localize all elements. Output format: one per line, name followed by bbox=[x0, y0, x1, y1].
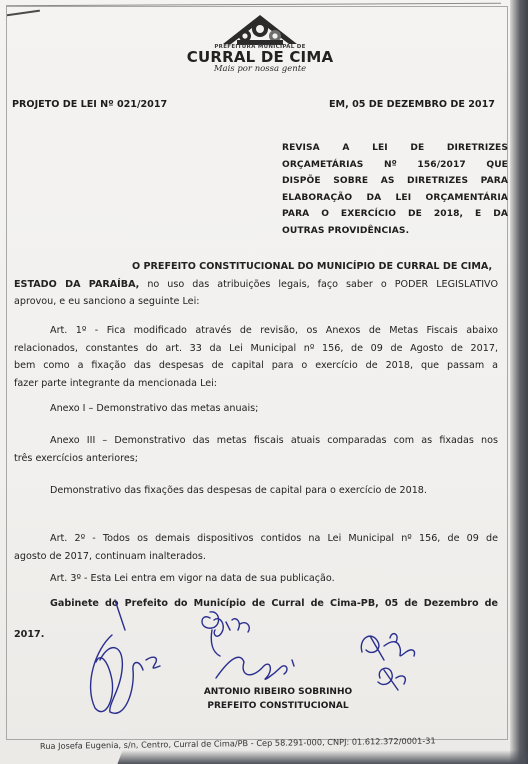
letterhead-logo: PREFEITURA MUNICIPAL DE CURRAL DE CIMA M… bbox=[180, 12, 340, 76]
ementa-line: PARA O EXERCÍCIO DE 2018, E DA bbox=[282, 206, 508, 223]
preamble-text: aprovou, e eu sanciono a seguinte Lei: bbox=[14, 293, 498, 311]
ementa-summary: REVISA A LEI DE DIRETRIZES ORÇAMETÁRIAS … bbox=[282, 140, 508, 240]
article-1-line: bem como a fixação das despesas de capit… bbox=[14, 357, 498, 375]
article-3: Art. 3º - Esta Lei entra em vigor na dat… bbox=[14, 570, 498, 588]
article-2-line: agosto de 2017, continuam inalterados. bbox=[14, 548, 498, 566]
signer-title: PREFEITO CONSTITUCIONAL bbox=[183, 699, 373, 713]
annex-1-text: Anexo I – Demonstrativo das metas anuais… bbox=[14, 400, 498, 418]
article-1-line: relacionados, constantes do art. 33 da L… bbox=[14, 340, 498, 358]
annex-3-line: Anexo III – Demonstrativo das metas fisc… bbox=[14, 432, 498, 450]
table-surface-shadow bbox=[117, 750, 528, 764]
preamble-heading: O PREFEITO CONSTITUCIONAL DO MUNICÍPIO D… bbox=[132, 261, 492, 272]
preamble: O PREFEITO CONSTITUCIONAL DO MUNICÍPIO D… bbox=[14, 258, 498, 311]
article-1-line: fazer parte integrante da mencionada Lei… bbox=[14, 375, 498, 393]
article-2-line: Art. 2º - Todos os demais dispositivos c… bbox=[14, 530, 498, 548]
article-1: Art. 1º - Fica modificado através de rev… bbox=[14, 322, 498, 392]
signer-block: ANTONIO RIBEIRO SOBRINHO PREFEITO CONSTI… bbox=[183, 685, 373, 713]
closing-text: Gabinete do Prefeito do Município de Cur… bbox=[14, 595, 498, 613]
page-edge-shadow bbox=[510, 0, 528, 764]
ementa-line: OUTRAS PROVIDÊNCIAS. bbox=[282, 223, 508, 240]
capital-expenses-statement: Demonstrativo das fixações das despesas … bbox=[14, 482, 498, 500]
article-3-text: Art. 3º - Esta Lei entra em vigor na dat… bbox=[14, 570, 498, 588]
preamble-state: ESTADO DA PARAÍBA, bbox=[14, 279, 139, 290]
people-arch-logo-icon bbox=[215, 12, 305, 46]
bill-number: PROJETO DE LEI Nº 021/2017 bbox=[12, 99, 167, 110]
closing-year-text: 2017. bbox=[14, 626, 498, 644]
signer-name: ANTONIO RIBEIRO SOBRINHO bbox=[183, 685, 373, 699]
ementa-line: DISPÕE SOBRE AS DIRETRIZES PARA bbox=[282, 173, 508, 190]
article-1-line: Art. 1º - Fica modificado através de rev… bbox=[14, 322, 498, 340]
ementa-line: REVISA A LEI DE DIRETRIZES bbox=[282, 140, 508, 157]
bill-date: EM, 05 DE DEZEMBRO DE 2017 bbox=[329, 99, 495, 110]
annex-3-line: três exercícios anteriores; bbox=[14, 450, 498, 468]
annex-1: Anexo I – Demonstrativo das metas anuais… bbox=[14, 400, 498, 418]
preamble-text: no uso das atribuições legais, faço sabe… bbox=[139, 279, 498, 290]
annex-3: Anexo III – Demonstrativo das metas fisc… bbox=[14, 432, 498, 467]
municipality-name: CURRAL DE CIMA bbox=[180, 50, 340, 65]
closing-gabinete: Gabinete do Prefeito do Município de Cur… bbox=[14, 595, 498, 613]
article-2: Art. 2º - Todos os demais dispositivos c… bbox=[14, 530, 498, 565]
ementa-line: ORÇAMETÁRIAS Nº 156/2017 QUE bbox=[282, 157, 508, 174]
slogan: Mais por nossa gente bbox=[180, 65, 340, 74]
ementa-line: ELABORAÇÃO DA LEI ORÇAMENTÁRIA bbox=[282, 190, 508, 207]
closing-year: 2017. bbox=[14, 626, 498, 644]
statement-text: Demonstrativo das fixações das despesas … bbox=[14, 482, 498, 500]
